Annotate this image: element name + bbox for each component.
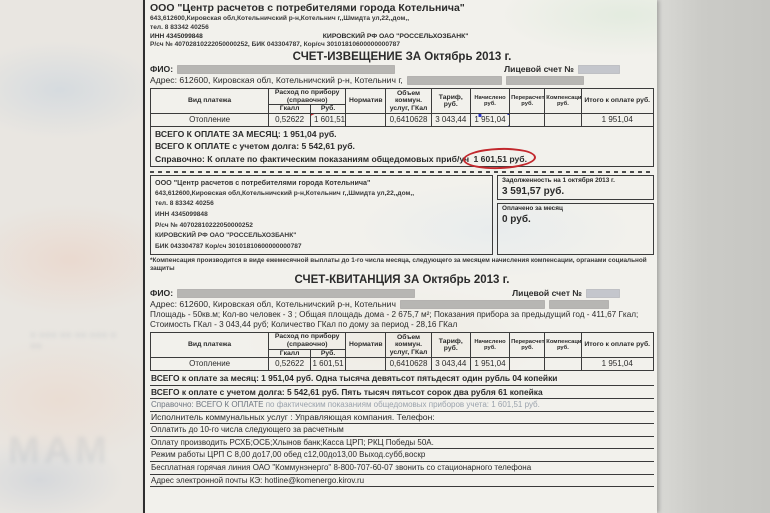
invoice-summary-box: ВСЕГО К ОПЛАТЕ ЗА МЕСЯЦ: 1 951,04 руб. В… xyxy=(150,127,654,167)
paid-label: Оплачено за месяц xyxy=(502,205,649,213)
invoice-fio-row: ФИО: Лицевой счет № xyxy=(150,64,654,75)
total-for-month: ВСЕГО К ОПЛАТЕ ЗА МЕСЯЦ: 1 951,04 руб. xyxy=(155,128,649,140)
org-info-box: ООО "Центр расчетов с потребителями горо… xyxy=(150,175,493,255)
debt-label: Задолженность на 1 октября 2013 г. xyxy=(502,177,649,185)
total-with-debt: ВСЕГО К ОПЛАТЕ с учетом долга: 5 542,61 … xyxy=(155,140,649,152)
col-volume: Объем коммун. услуг, ГКал xyxy=(386,333,431,358)
address-line: Адрес: 612600, Кировская обл, Котельничс… xyxy=(150,75,403,86)
col-tariff: Тариф, руб. xyxy=(431,89,470,114)
cell-payment-type: Отопление xyxy=(151,358,269,371)
bank-account-line: Р/сч № 40702810222050000252, БИК 0433047… xyxy=(150,41,654,50)
pay-where-line: Оплату производить РСХБ;ОСБ;Хлынов банк;… xyxy=(150,437,654,450)
reference-prefix: Справочно: ВСЕГО К ОПЛАТЕ xyxy=(151,400,263,409)
apartment-info: Площадь - 50кв.м; Кол-во человек - 3 ; О… xyxy=(150,310,654,331)
org-address-line: 643,612600,Кировская обл,Котельничский р… xyxy=(150,15,654,24)
col-recalc: Перерасчеты, руб. xyxy=(510,333,545,358)
blue-pen-circle-annotation: 1 951,04 xyxy=(472,114,507,126)
col-total: Итого к оплате руб. xyxy=(581,333,654,358)
account-label: Лицевой счет № xyxy=(512,288,582,299)
reference-faded-part: по фактическим показаниям общедомовых пр… xyxy=(266,400,540,409)
redacted-address xyxy=(407,76,502,85)
org-phone-line: тел. 8 83342 40256 xyxy=(150,24,654,33)
cell-volume: 0,6410628 xyxy=(386,114,431,127)
org-name: ООО "Центр расчетов с потребителями горо… xyxy=(150,2,654,15)
col-payment-type: Вид платежа xyxy=(151,333,269,358)
red-pen-circle-annotation: 1 601,51 руб. xyxy=(472,153,529,165)
show-through-ghost-text: МАМ xyxy=(8,430,111,473)
paid-box: Оплачено за месяц 0 руб. xyxy=(497,203,654,255)
cell-recalc xyxy=(510,114,545,127)
cell-tariff: 3 043,44 xyxy=(431,114,470,127)
col-compensation: Компенсация* руб. xyxy=(545,333,581,358)
debt-value: 3 591,57 руб. xyxy=(502,185,649,198)
receipt-charges-table: Вид платежа Расход по прибору (справочно… xyxy=(150,332,654,371)
cell-meter-rub: 1 601,51 xyxy=(310,358,345,371)
col-meter-group: Расход по прибору (справочно) xyxy=(269,89,346,105)
bank-account-short: Р/сч № 40702810222050000252 xyxy=(155,221,488,232)
bank-bik-line: БИК 043304787 Кор/сч 3010181060000000078… xyxy=(155,242,488,253)
redacted-fio xyxy=(177,289,415,298)
col-meter-rub: Руб. xyxy=(310,105,345,114)
col-norm: Норматив xyxy=(346,89,386,114)
redacted-address xyxy=(400,300,545,309)
redacted-fio xyxy=(177,65,395,74)
col-volume: Объем коммун. услуг, ГКал xyxy=(386,89,431,114)
receipt-address-row: Адрес: 612600, Кировская обл, Котельничс… xyxy=(150,299,654,310)
provider-line: Исполнитель коммунальных услуг : Управля… xyxy=(150,412,654,425)
photo-left-margin: МАМ ■ ■■■ ■■ ■■ ■■■ ■ ■■ xyxy=(0,0,143,513)
email-line: Адрес электронной почты КЭ: hotline@kome… xyxy=(150,475,654,488)
col-meter-rub: Руб. xyxy=(310,349,345,358)
org-inn: ИНН 4345099848 xyxy=(150,32,203,41)
inn-bank-row: ИНН 4345099848 КИРОВСКИЙ РФ ОАО "РОССЕЛЬ… xyxy=(150,32,654,41)
fio-label: ФИО: xyxy=(150,64,173,75)
debt-box: Задолженность на 1 октября 2013 г. 3 591… xyxy=(497,175,654,200)
reference-line: Справочно: ВСЕГО К ОПЛАТЕ по фактическим… xyxy=(150,399,654,412)
receipt-footer-rows: ВСЕГО к оплате за месяц: 1 951,04 руб. О… xyxy=(150,372,654,487)
org-address-line: 643,612600,Кировская обл,Котельничский р… xyxy=(155,189,488,200)
cell-norm xyxy=(346,114,386,127)
col-accrued: Начислено руб. xyxy=(470,333,509,358)
col-total: Итого к оплате руб. xyxy=(581,89,654,114)
col-norm: Норматив xyxy=(346,333,386,358)
compensation-footnote: *Компенсация производится в виде ежемеся… xyxy=(150,257,654,273)
cell-norm xyxy=(346,358,386,371)
tear-off-dashed-line xyxy=(150,170,654,173)
col-tariff: Тариф, руб. xyxy=(431,333,470,358)
debt-boxes: Задолженность на 1 октября 2013 г. 3 591… xyxy=(497,175,654,255)
invoice-charges-table: Вид платежа Расход по прибору (справочно… xyxy=(150,88,654,127)
invoice-address-row: Адрес: 612600, Кировская обл, Котельничс… xyxy=(150,75,654,86)
table-row: Отопление 0,52622 1 601,51 0,6410628 3 0… xyxy=(151,358,654,371)
receipt-title: СЧЕТ-КВИТАНЦИЯ ЗА Октябрь 2013 г. xyxy=(150,274,654,288)
utility-bill-sheet: ООО "Центр расчетов с потребителями горо… xyxy=(143,0,657,513)
cell-tariff: 3 043,44 xyxy=(431,358,470,371)
pay-due-line: Оплатить до 10-го числа следующего за ра… xyxy=(150,424,654,437)
cell-compensation xyxy=(545,358,581,371)
redacted-account-number xyxy=(586,289,620,298)
col-meter-gcal: Гкалл xyxy=(269,349,311,358)
col-meter-group: Расход по прибору (справочно) xyxy=(269,333,346,349)
cell-payment-type: Отопление xyxy=(151,114,269,127)
photo-right-background xyxy=(657,0,770,513)
reference-line: Справочно: К оплате по фактическим показ… xyxy=(155,153,649,165)
cell-meter-gcal: 0,52622 xyxy=(269,114,311,127)
cell-total: 1 951,04 xyxy=(581,114,654,127)
col-payment-type: Вид платежа xyxy=(151,89,269,114)
invoice-title: СЧЕТ-ИЗВЕЩЕНИЕ ЗА Октябрь 2013 г. xyxy=(150,51,654,65)
receipt-fio-row: ФИО: Лицевой счет № xyxy=(150,288,654,299)
middle-section: ООО "Центр расчетов с потребителями горо… xyxy=(150,175,654,255)
col-compensation: Компенсация* руб. xyxy=(545,89,581,114)
show-through-ghost-text: ■ ■■■ ■■ ■■ ■■■ ■ ■■ xyxy=(30,330,130,352)
cell-compensation xyxy=(545,114,581,127)
bank-name: КИРОВСКИЙ РФ ОАО "РОССЕЛЬХОЗБАНК" xyxy=(323,32,469,41)
cell-meter-gcal: 0,52622 xyxy=(269,358,311,371)
cell-accrued: 1 951,04 xyxy=(470,358,509,371)
cell-meter-rub: 1 601,51 xyxy=(310,114,345,127)
col-recalc: Перерасчеты, руб. xyxy=(510,89,545,114)
red-pen-circle-annotation: 1 601,51 xyxy=(312,114,346,126)
redacted-address xyxy=(506,76,584,85)
redacted-account-number xyxy=(578,65,620,74)
hotline-line: Бесплатная горячая линия ОАО "Коммунэнер… xyxy=(150,462,654,475)
address-line: Адрес: 612600, Кировская обл, Котельничс… xyxy=(150,299,396,310)
bank-name: КИРОВСКИЙ РФ ОАО "РОССЕЛЬХОЗБАНК" xyxy=(155,231,488,242)
account-label: Лицевой счет № xyxy=(504,64,574,75)
work-hours-line: Режим работы ЦРП С 8,00 до17,00 обед с12… xyxy=(150,449,654,462)
table-row: Отопление 0,52622 1 601,51 0,6410628 3 0… xyxy=(151,114,654,127)
col-meter-gcal: Гкалл xyxy=(269,105,311,114)
col-accrued: Начислено руб. xyxy=(470,89,509,114)
cell-recalc xyxy=(510,358,545,371)
total-for-month-words: ВСЕГО к оплате за месяц: 1 951,04 руб. О… xyxy=(150,372,654,385)
cell-accrued: 1 951,04 xyxy=(470,114,509,127)
org-inn: ИНН 4345099848 xyxy=(155,210,488,221)
reference-prefix: Справочно: К оплате по фактическим показ… xyxy=(155,154,469,164)
org-phone-line: тел. 8 83342 40256 xyxy=(155,199,488,210)
fio-label: ФИО: xyxy=(150,288,173,299)
cell-volume: 0,6410628 xyxy=(386,358,431,371)
cell-total: 1 951,04 xyxy=(581,358,654,371)
redacted-address xyxy=(549,300,609,309)
paid-value: 0 руб. xyxy=(502,213,649,226)
total-with-debt-words: ВСЕГО к оплате с учетом долга: 5 542,61 … xyxy=(150,386,654,399)
org-name: ООО "Центр расчетов с потребителями горо… xyxy=(155,178,488,189)
